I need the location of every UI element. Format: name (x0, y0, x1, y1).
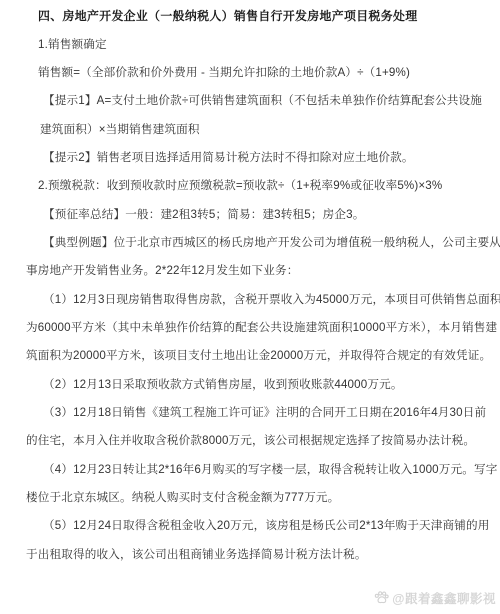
example-line1: 【典型例题】位于北京市西城区的杨氏房地产开发公司为增值税一般纳税人，公司主要从 (0, 228, 500, 256)
heading-prepaid-tax: 2.预缴税款：收到预收款时应预缴税款=预收款÷（1+税率9%或征收率5%)×3% (0, 171, 500, 199)
item4-line2: 楼位于北京东城区。纳税人购买时支付含税金额为777万元。 (0, 483, 500, 511)
document-title: 四、房地产开发企业（一般纳税人）销售自行开发房地产项目税务处理 (0, 1, 500, 29)
document-body: 四、房地产开发企业（一般纳税人）销售自行开发房地产项目税务处理 1.销售额确定 … (0, 1, 500, 568)
rate-summary: 【预征率总结】一般：建2租3转5；简易：建3转租5；房企3。 (0, 199, 500, 227)
item3-line1: （3）12月18日销售《建筑工程施工许可证》注明的合同开工日期在2016年4月3… (0, 398, 500, 426)
item2: （2）12月13日采取预收款方式销售房屋，收到预收账款44000万元。 (0, 369, 500, 397)
paw-icon (374, 591, 389, 605)
item5-line2: 于出租取得的收入，该公司出租商铺业务选择简易计税方法计税。 (0, 540, 500, 568)
heading-sales-amount: 1.销售额确定 (0, 29, 500, 57)
item5-line1: （5）12月24日取得含税租金收入20万元，该房租是杨氏公司2*13年购于天津商… (0, 511, 500, 539)
tip2: 【提示2】销售老项目选择适用简易计税方法时不得扣除对应土地价款。 (0, 143, 500, 171)
item1-line1: （1）12月3日现房销售取得售房款，含税开票收入为45000万元，本项目可供销售… (0, 284, 500, 312)
item4-line1: （4）12月23日转让其2*16年6月购买的写字楼一层，取得含税转让收入1000… (0, 455, 500, 483)
item1-line2: 为60000平方米（其中未单独作价结算的配套公共设施建筑面积10000平方米），… (0, 313, 500, 341)
formula-sales-amount: 销售额=（全部价款和价外费用 - 当期允许扣除的土地价款A）÷（1+9%) (0, 58, 500, 86)
example-line2: 事房地产开发销售业务。2*22年12月发生如下业务： (0, 256, 500, 284)
watermark-text: @跟着鑫鑫聊影视 (392, 589, 496, 607)
watermark: @跟着鑫鑫聊影视 (374, 589, 496, 607)
tip1-line2: 建筑面积）×当期销售建筑面积 (0, 114, 500, 142)
item1-line3: 筑面积为20000平方米，该项目支付土地出让金20000万元，并取得符合规定的有… (0, 341, 500, 369)
tip1-line1: 【提示1】A=支付土地价款÷可供销售建筑面积（不包括未单独作价结算配套公共设施 (0, 86, 500, 114)
item3-line2: 的住宅，本月入住并收取含税价款8000万元，该公司根据规定选择了按简易办法计税。 (0, 426, 500, 454)
